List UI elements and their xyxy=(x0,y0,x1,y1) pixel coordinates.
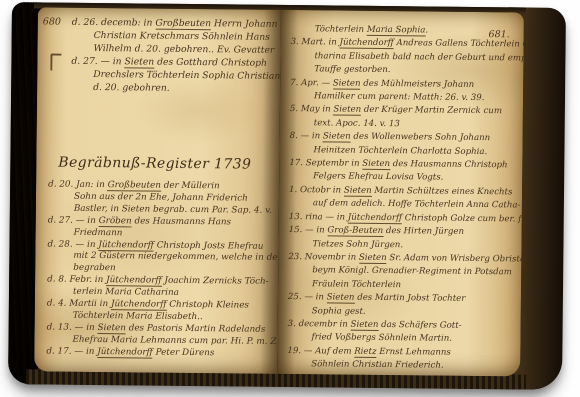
underlined-place-name: Sieten xyxy=(359,253,387,264)
manuscript-line: Söhnlein Christian Friederich. xyxy=(285,358,520,374)
left-page-top-entries: d. 26. decemb: in Großbeuten Herrn Johan… xyxy=(63,16,281,96)
margin-bracket-icon xyxy=(50,54,61,71)
underlined-place-name: Groß-Beuten xyxy=(327,226,383,238)
left-page-register-entries: d. 20. Jan: in Großbeuten der MüllerinSo… xyxy=(42,179,279,360)
underlined-place-name: Jütchendorff xyxy=(98,240,154,252)
underlined-place-name: Großbeuten xyxy=(155,18,211,31)
underlined-place-name: Jütchendorff xyxy=(106,275,162,287)
underlined-place-name: Sieten xyxy=(333,105,361,116)
underlined-place-name: Sieten xyxy=(97,323,126,334)
underlined-place-name: Sieten xyxy=(323,132,351,143)
manuscript-line: d. 17. — in Jütchendorff Peter Dürens xyxy=(42,346,277,360)
underlined-place-name: Sieten xyxy=(344,185,372,196)
underlined-place-name: Jütchendorff xyxy=(339,38,393,50)
manuscript-line: d. 20. gebohren. xyxy=(63,81,280,96)
underlined-place-name: Maria Sophia xyxy=(367,25,426,37)
underlined-place-name: Sieten xyxy=(327,293,355,304)
underlined-place-name: Sieten xyxy=(333,78,361,89)
underlined-place-name: Sieten xyxy=(124,56,154,68)
left-page: 680 d. 26. decemb: in Großbeuten Herrn J… xyxy=(34,7,281,374)
register-title-text: Begräbnuß-Register 1739 xyxy=(58,155,251,173)
book: 680 d. 26. decemb: in Großbeuten Herrn J… xyxy=(8,2,566,390)
underlined-place-name: Jütchendorff xyxy=(97,347,153,359)
register-title: Begräbnuß-Register 1739 xyxy=(36,154,273,172)
open-pages: 680 d. 26. decemb: in Großbeuten Herrn J… xyxy=(34,7,524,376)
underlined-place-name: Sieten xyxy=(362,159,390,170)
underlined-place-name: Sieten xyxy=(351,320,379,331)
underlined-place-name: Jütchendorff xyxy=(348,212,402,224)
right-page: 681. Töchterlein Maria Sophia.3. Mart. i… xyxy=(277,10,524,377)
photo-of-open-register-book: 680 d. 26. decemb: in Großbeuten Herrn J… xyxy=(0,0,580,397)
left-page-number: 680 xyxy=(43,16,61,27)
book-fore-edge xyxy=(518,7,566,389)
underlined-place-name: Gröben xyxy=(99,216,132,227)
underlined-place-name: Rietz xyxy=(354,346,376,357)
underlined-place-name: Großbeuten xyxy=(108,180,161,192)
underlined-place-name: Jütchendorff xyxy=(111,299,167,311)
right-page-register-entries: Töchterlein Maria Sophia.3. Mart. in Jüt… xyxy=(285,23,524,374)
